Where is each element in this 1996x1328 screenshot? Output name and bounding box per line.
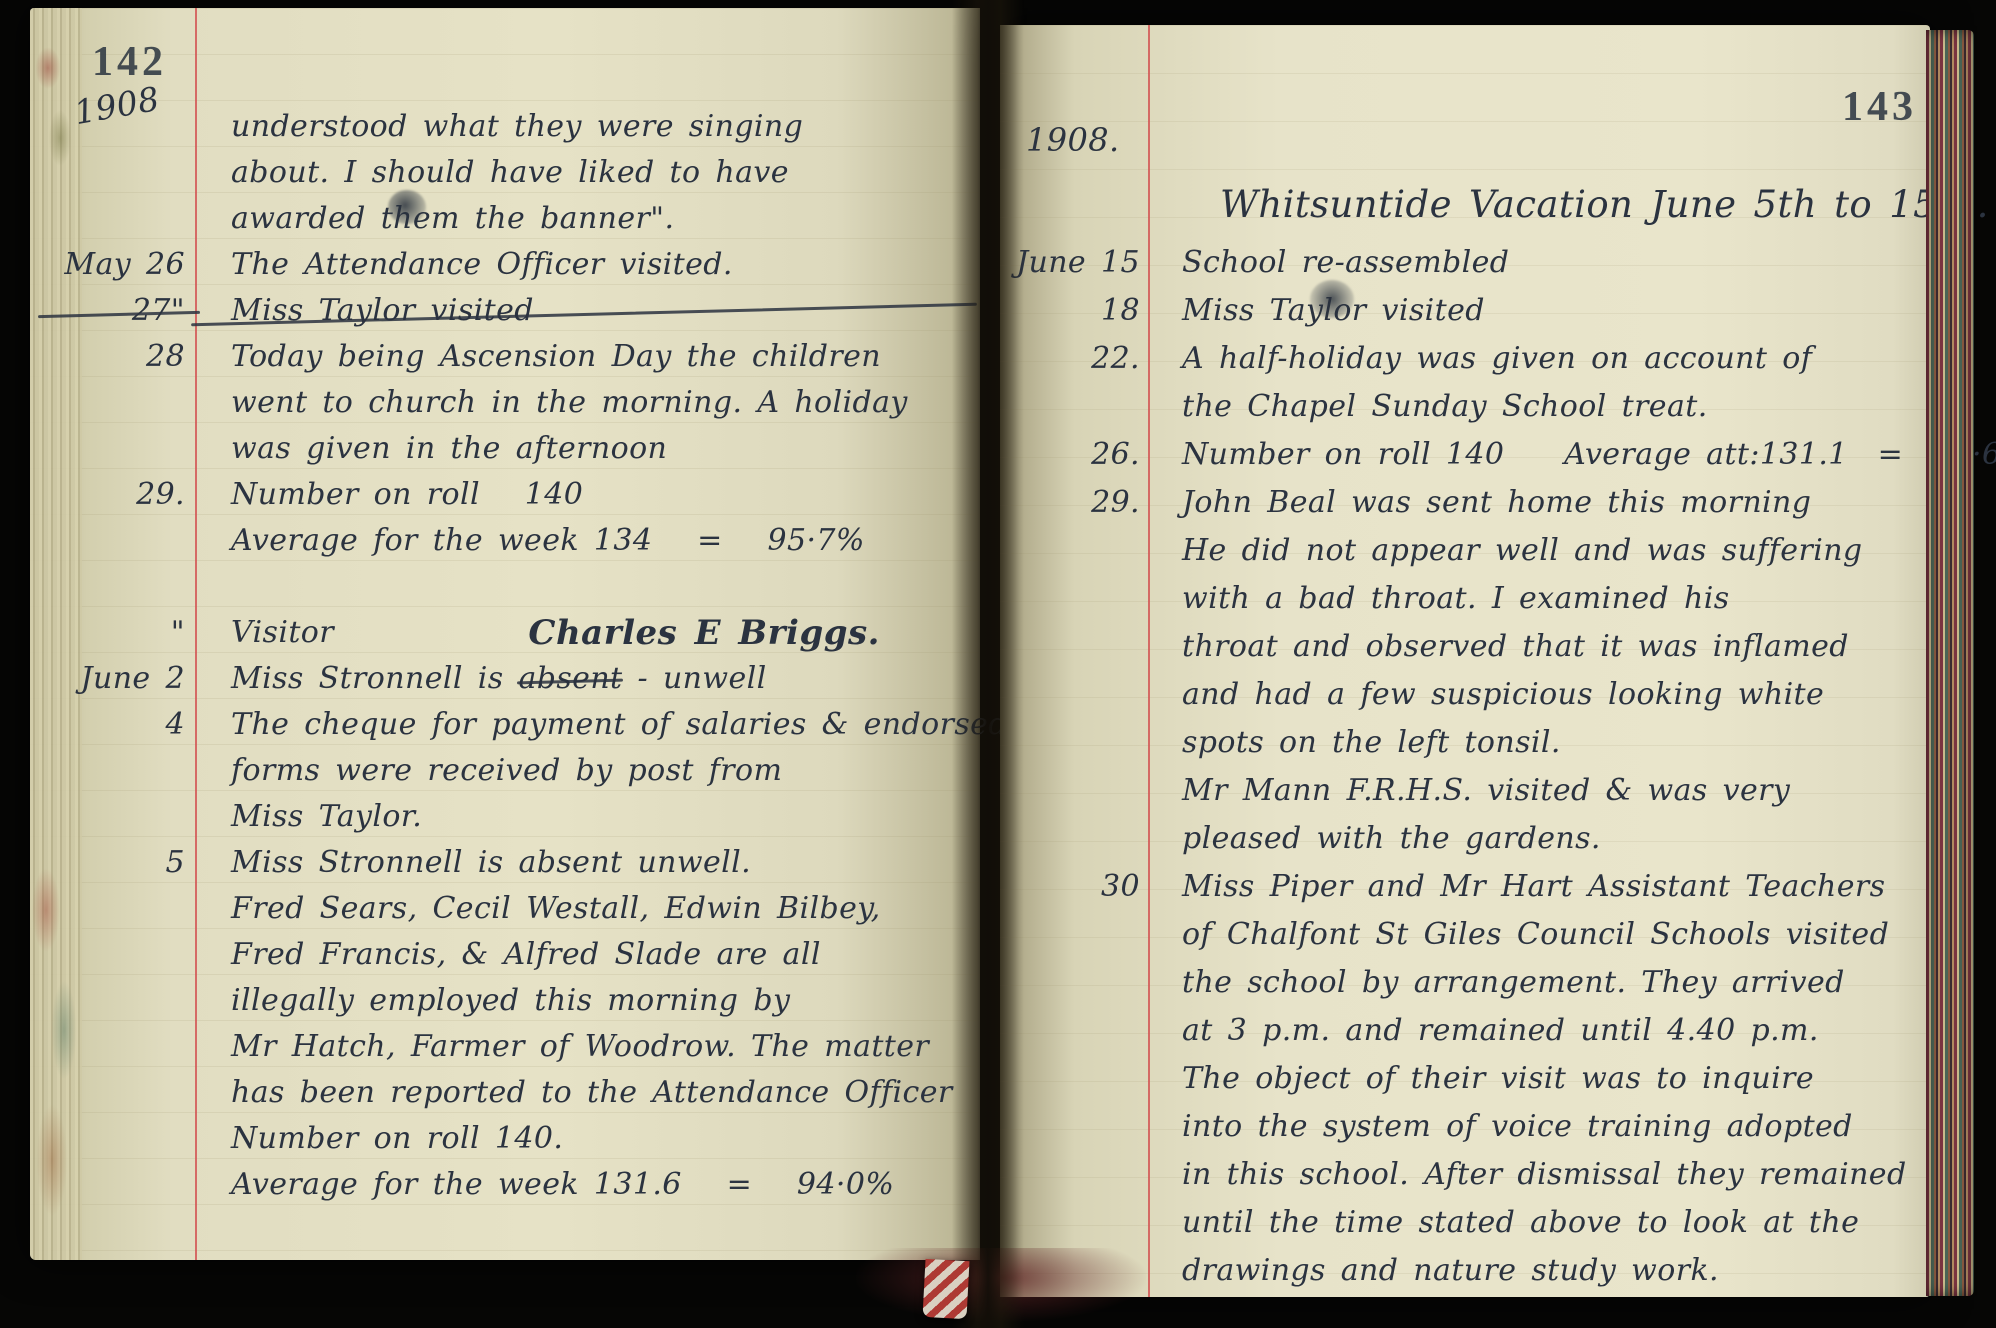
log-entry-row: 4The cheque for payment of salaries & en… bbox=[40, 702, 970, 748]
entry-date: 29. bbox=[40, 472, 199, 518]
log-entry-row bbox=[40, 564, 970, 610]
entry-text: pleased with the gardens. bbox=[1154, 815, 1920, 863]
entry-text: Today being Ascension Day the children bbox=[199, 334, 970, 380]
entry-text: went to church in the morning. A holiday bbox=[199, 380, 970, 426]
entry-date: May 26 bbox=[40, 242, 199, 288]
log-entry-row: The object of their visit was to inquire bbox=[1008, 1055, 1920, 1103]
log-entry-row: Fred Francis, & Alfred Slade are all bbox=[40, 932, 970, 978]
entry-text: Mr Mann F.R.H.S. visited & was very bbox=[1154, 767, 1920, 815]
entry-text: awarded them the banner". bbox=[199, 196, 970, 242]
entry-text: was given in the afternoon bbox=[199, 426, 970, 472]
book-gutter-shadow bbox=[952, 0, 1024, 1328]
log-entry-row: until the time stated above to look at t… bbox=[1008, 1199, 1920, 1247]
log-entry-row: 22.A half-holiday was given on account o… bbox=[1008, 335, 1920, 383]
log-entry-row: the school by arrangement. They arrived bbox=[1008, 959, 1920, 1007]
entry-text: Number on roll 140 Average att:131.1 = 9… bbox=[1154, 431, 1996, 479]
log-entry-row: the Chapel Sunday School treat. bbox=[1008, 383, 1920, 431]
log-entry-row: Number on roll 140. bbox=[40, 1116, 970, 1162]
entry-date: 29. bbox=[1008, 479, 1154, 527]
entry-text: Fred Sears, Cecil Westall, Edwin Bilbey, bbox=[199, 886, 970, 932]
entry-text: Fred Francis, & Alfred Slade are all bbox=[199, 932, 970, 978]
vacation-heading: Whitsuntide Vacation June 5th to 15th. bbox=[1220, 183, 1920, 226]
ink-blot bbox=[1310, 280, 1354, 318]
entry-date: " bbox=[40, 610, 199, 656]
entry-text: drawings and nature study work. bbox=[1154, 1247, 1920, 1295]
log-entry-row: was given in the afternoon bbox=[40, 426, 970, 472]
entry-date: 5 bbox=[40, 840, 199, 886]
log-entry-row: Average for the week 131.6 = 94·0% bbox=[40, 1162, 970, 1208]
entry-date: 28 bbox=[40, 334, 199, 380]
entry-date: 18 bbox=[1008, 287, 1154, 335]
log-entry-row: has been reported to the Attendance Offi… bbox=[40, 1070, 970, 1116]
page-number: 142 bbox=[92, 38, 167, 86]
entry-text: The cheque for payment of salaries & end… bbox=[199, 702, 1008, 748]
log-entry-row: June 2Miss Stronnell is absent - unwell bbox=[40, 656, 970, 702]
visitor-signature: Charles E Briggs. bbox=[528, 610, 880, 656]
log-entry-row: understood what they were singing bbox=[40, 104, 970, 150]
logbook-page-right: 143 1908. Whitsuntide Vacation June 5th … bbox=[1000, 25, 1930, 1297]
entry-text: School re-assembled bbox=[1154, 239, 1920, 287]
entry-text: Miss Taylor visited bbox=[199, 288, 970, 334]
log-entry-row: pleased with the gardens. bbox=[1008, 815, 1920, 863]
log-entry-row: Average for the week 134 = 95·7% bbox=[40, 518, 970, 564]
log-entry-row: with a bad throat. I examined his bbox=[1008, 575, 1920, 623]
entry-text: A half-holiday was given on account of bbox=[1154, 335, 1920, 383]
logbook-page-left: 142 1908 understood what they were singi… bbox=[30, 8, 980, 1260]
entry-text: Number on roll 140. bbox=[199, 1116, 970, 1162]
log-entry-row: 29.Number on roll 140 bbox=[40, 472, 970, 518]
log-entry-row: at 3 p.m. and remained until 4.40 p.m. bbox=[1008, 1007, 1920, 1055]
log-entry-row: June 15School re-assembled bbox=[1008, 239, 1920, 287]
entry-text: until the time stated above to look at t… bbox=[1154, 1199, 1920, 1247]
entry-text: in this school. After dismissal they rem… bbox=[1154, 1151, 1920, 1199]
entry-text: John Beal was sent home this morning bbox=[1154, 479, 1920, 527]
entry-text: Miss Piper and Mr Hart Assistant Teacher… bbox=[1154, 863, 1920, 911]
log-entry-row: 5Miss Stronnell is absent unwell. bbox=[40, 840, 970, 886]
entry-date: 26. bbox=[1008, 431, 1154, 479]
log-entry-row: into the system of voice training adopte… bbox=[1008, 1103, 1920, 1151]
entry-text: at 3 p.m. and remained until 4.40 p.m. bbox=[1154, 1007, 1920, 1055]
entry-text: the Chapel Sunday School treat. bbox=[1154, 383, 1920, 431]
entry-text: Average for the week 134 = 95·7% bbox=[199, 518, 970, 564]
entry-date: 4 bbox=[40, 702, 199, 748]
entry-text: of Chalfont St Giles Council Schools vis… bbox=[1154, 911, 1920, 959]
entry-text: Miss Taylor visited bbox=[1154, 287, 1920, 335]
entry-date: June 2 bbox=[40, 656, 199, 702]
log-entry-row: forms were received by post from bbox=[40, 748, 970, 794]
entry-text: The object of their visit was to inquire bbox=[1154, 1055, 1920, 1103]
entry-date: June 15 bbox=[1008, 239, 1154, 287]
entry-text: into the system of voice training adopte… bbox=[1154, 1103, 1920, 1151]
log-entry-row: Mr Hatch, Farmer of Woodrow. The matter bbox=[40, 1024, 970, 1070]
log-entry-row: Miss Taylor. bbox=[40, 794, 970, 840]
ink-blot bbox=[388, 190, 426, 224]
entry-text: Mr Hatch, Farmer of Woodrow. The matter bbox=[199, 1024, 970, 1070]
log-entry-row: Fred Sears, Cecil Westall, Edwin Bilbey, bbox=[40, 886, 970, 932]
log-entry-row: 29.John Beal was sent home this morning bbox=[1008, 479, 1920, 527]
log-entry-row: spots on the left tonsil. bbox=[1008, 719, 1920, 767]
entry-text: forms were received by post from bbox=[199, 748, 970, 794]
entry-text: Miss Stronnell is absent unwell. bbox=[199, 840, 970, 886]
log-entry-row: of Chalfont St Giles Council Schools vis… bbox=[1008, 911, 1920, 959]
log-entry-row: 30Miss Piper and Mr Hart Assistant Teach… bbox=[1008, 863, 1920, 911]
log-entry-row: Mr Mann F.R.H.S. visited & was very bbox=[1008, 767, 1920, 815]
entry-text: illegally employed this morning by bbox=[199, 978, 970, 1024]
year-label: 1908. bbox=[1026, 121, 1120, 159]
entry-text: about. I should have liked to have bbox=[199, 150, 970, 196]
log-entry-row: throat and observed that it was inflamed bbox=[1008, 623, 1920, 671]
entry-text: the school by arrangement. They arrived bbox=[1154, 959, 1920, 1007]
log-entries-right: June 15School re-assembled18Miss Taylor … bbox=[1008, 239, 1920, 1295]
log-entry-row: illegally employed this morning by bbox=[40, 978, 970, 1024]
entry-text: Miss Stronnell is absent - unwell bbox=[199, 656, 970, 702]
log-entry-row: went to church in the morning. A holiday bbox=[40, 380, 970, 426]
entry-text: throat and observed that it was inflamed bbox=[1154, 623, 1920, 671]
log-entry-row: He did not appear well and was suffering bbox=[1008, 527, 1920, 575]
log-entries-left: understood what they were singingabout. … bbox=[40, 104, 970, 1208]
logbook-photo: { "left_page": { "page_number": "142", "… bbox=[0, 0, 1996, 1328]
log-entry-row: 28Today being Ascension Day the children bbox=[40, 334, 970, 380]
log-entry-row: in this school. After dismissal they rem… bbox=[1008, 1151, 1920, 1199]
entry-text: Average for the week 131.6 = 94·0% bbox=[199, 1162, 970, 1208]
page-number: 143 bbox=[1842, 83, 1917, 131]
entry-text: has been reported to the Attendance Offi… bbox=[199, 1070, 970, 1116]
entry-text: Miss Taylor. bbox=[199, 794, 970, 840]
log-entry-row: "VisitorCharles E Briggs. bbox=[40, 610, 970, 656]
bookmark-ribbon bbox=[923, 1259, 970, 1319]
entry-text: Number on roll 140 bbox=[199, 472, 970, 518]
entry-date: 30 bbox=[1008, 863, 1154, 911]
entry-text: spots on the left tonsil. bbox=[1154, 719, 1920, 767]
log-entry-row: 26.Number on roll 140 Average att:131.1 … bbox=[1008, 431, 1920, 479]
log-entry-row: awarded them the banner". bbox=[40, 196, 970, 242]
marbled-fore-edge bbox=[1926, 30, 1974, 1296]
entry-text: and had a few suspicious looking white bbox=[1154, 671, 1920, 719]
log-entry-row: and had a few suspicious looking white bbox=[1008, 671, 1920, 719]
log-entry-row: May 26The Attendance Officer visited. bbox=[40, 242, 970, 288]
entry-date: 27" bbox=[40, 288, 199, 334]
log-entry-row: about. I should have liked to have bbox=[40, 150, 970, 196]
log-entry-row: 18Miss Taylor visited bbox=[1008, 287, 1920, 335]
log-entry-row: 27"Miss Taylor visited bbox=[40, 288, 970, 334]
entry-date: 22. bbox=[1008, 335, 1154, 383]
entry-text: with a bad throat. I examined his bbox=[1154, 575, 1920, 623]
entry-text: VisitorCharles E Briggs. bbox=[199, 610, 970, 656]
entry-text: He did not appear well and was suffering bbox=[1154, 527, 1920, 575]
entry-text: The Attendance Officer visited. bbox=[199, 242, 970, 288]
entry-text: understood what they were singing bbox=[199, 104, 970, 150]
